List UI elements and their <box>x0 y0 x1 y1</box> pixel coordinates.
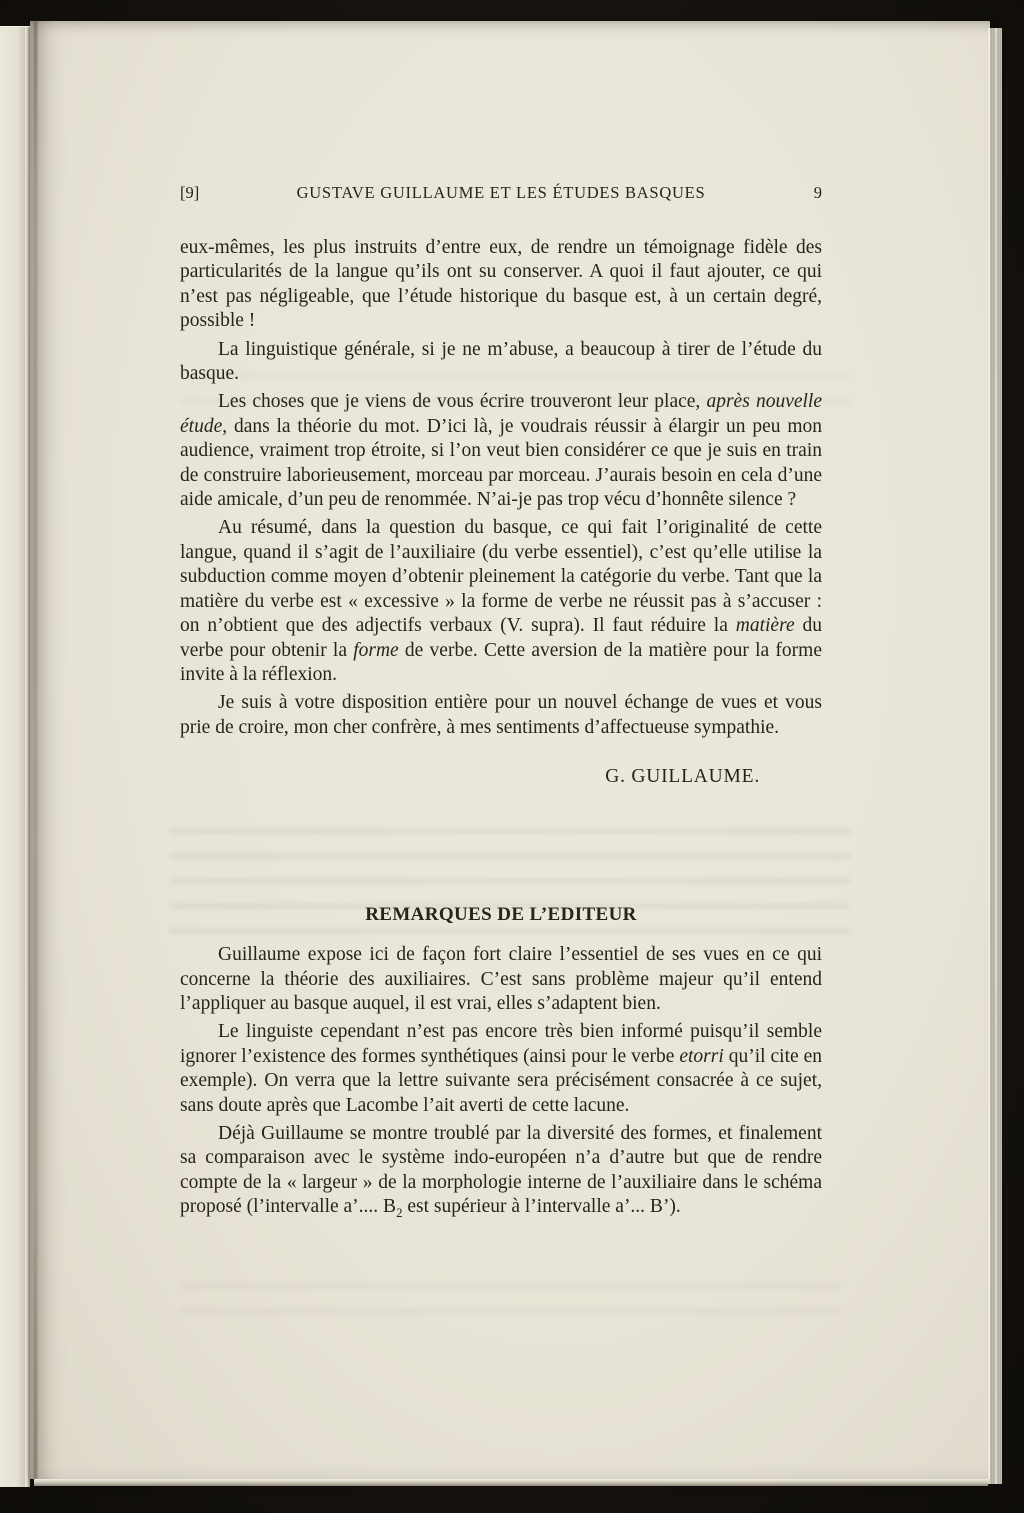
page-stack-edge <box>988 28 1002 1484</box>
page-number: 9 <box>766 183 822 203</box>
gutter-edge-highlight <box>25 27 28 1487</box>
paragraph: La linguistique générale, si je ne m’abu… <box>180 338 822 387</box>
running-title: GUSTAVE GUILLAUME ET LES ÉTUDES BASQUES <box>236 183 766 203</box>
paragraph: Les choses que je viens de vous écrire t… <box>180 390 822 512</box>
book-page: [9] GUSTAVE GUILLAUME ET LES ÉTUDES BASQ… <box>30 21 990 1479</box>
running-header: [9] GUSTAVE GUILLAUME ET LES ÉTUDES BASQ… <box>180 183 822 203</box>
page-bottom-edge <box>34 1479 988 1486</box>
paragraph: Déjà Guillaume se montre troublé par la … <box>180 1122 822 1220</box>
paragraph: Je suis à votre disposition entière pour… <box>180 691 822 740</box>
photo-background: [9] GUSTAVE GUILLAUME ET LES ÉTUDES BASQ… <box>0 0 1024 1513</box>
ink-bleed-through <box>180 1276 840 1321</box>
text-column: [9] GUSTAVE GUILLAUME ET LES ÉTUDES BASQ… <box>180 21 822 1224</box>
editor-notes-body: Guillaume expose ici de façon fort clair… <box>180 943 822 1219</box>
gutter-crease-shadow <box>34 21 37 1479</box>
adjacent-page-edge <box>0 26 30 1487</box>
paragraph: Au résumé, dans la question du basque, c… <box>180 516 822 687</box>
signature: G. GUILLAUME. <box>180 766 822 788</box>
paragraph: Le linguiste cependant n’est pas encore … <box>180 1020 822 1118</box>
letter-body: eux-mêmes, les plus instruits d’entre eu… <box>180 236 822 740</box>
paragraph: Guillaume expose ici de façon fort clair… <box>180 943 822 1016</box>
editor-heading: REMARQUES DE L’EDITEUR <box>180 904 822 926</box>
paragraph: eux-mêmes, les plus instruits d’entre eu… <box>180 236 822 334</box>
folio-bracket: [9] <box>180 183 236 203</box>
